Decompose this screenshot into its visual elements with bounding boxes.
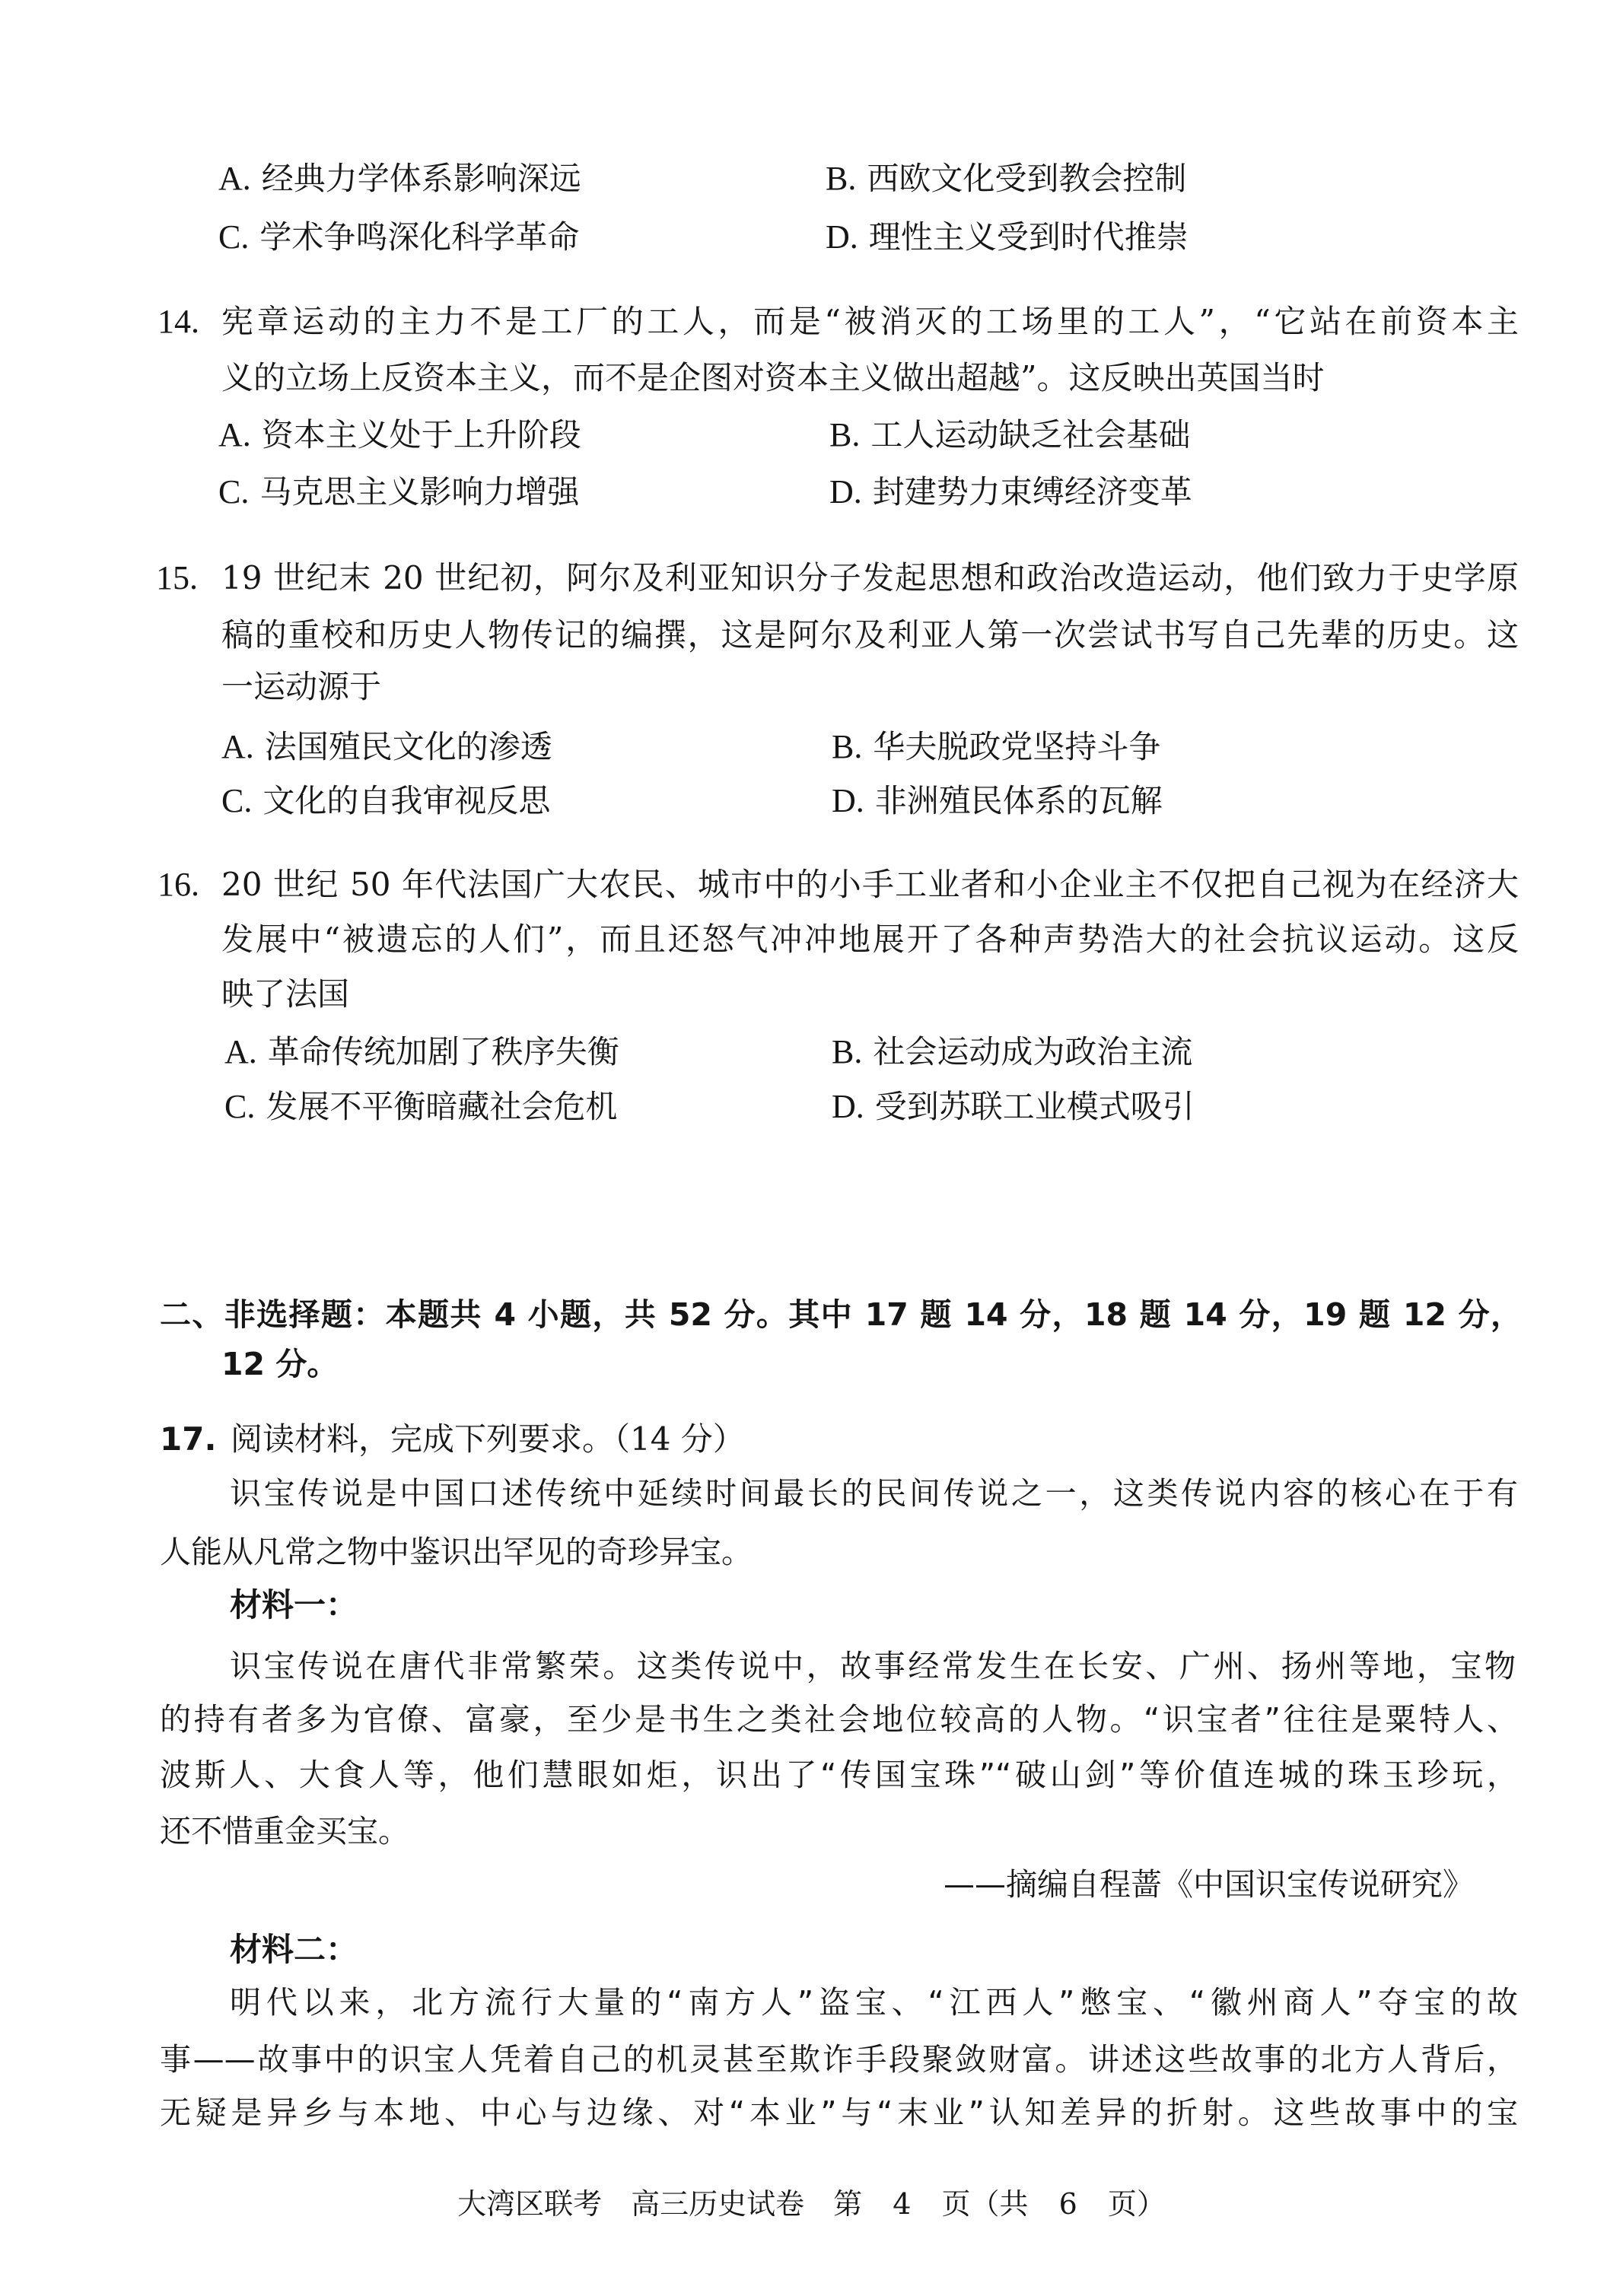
question-prompt: 阅读材料，完成下列要求。（14 分） — [231, 1418, 745, 1461]
option-label: C. — [218, 473, 249, 510]
q15-option-b: B.华夫脱政党坚持斗争 — [832, 726, 1160, 768]
section-heading: 二、非选择题：本题共 4 小题，共 52 分。其中 17 题 14 分，18 题… — [160, 1293, 1522, 1336]
intro-line: 识宝传说是中国口述传统中延续时间最长的民间传说之一，这类传说内容的核心在于有 — [230, 1472, 1518, 1515]
option-text: 非洲殖民体系的瓦解 — [875, 782, 1163, 819]
option-text: 马克思主义影响力增强 — [259, 473, 579, 510]
option-text: 革命传统加剧了秩序失衡 — [268, 1033, 619, 1070]
q13-option-d: D.理性主义受到时代推崇 — [826, 216, 1189, 259]
q15-option-c: C.文化的自我审视反思 — [221, 780, 550, 822]
q13-option-a: A.经典力学体系影响深远 — [218, 157, 581, 200]
material-citation: ——摘编自程蔷《中国识宝传说研究》 — [944, 1863, 1474, 1906]
material-line: 的持有者多为官僚、富豪，至少是书生之类社会地位较高的人物。“识宝者”往往是粟特人… — [160, 1698, 1518, 1741]
option-text: 受到苏联工业模式吸引 — [875, 1088, 1195, 1125]
option-label: B. — [832, 728, 862, 765]
question-stem-line: 19 世纪末 20 世纪初，阿尔及利亚知识分子发起思想和政治改造运动，他们致力于… — [221, 557, 1519, 599]
q14-option-c: C.马克思主义影响力增强 — [218, 471, 579, 514]
option-text: 华夫脱政党坚持斗争 — [873, 728, 1160, 765]
option-label: A. — [218, 416, 251, 453]
option-label: D. — [826, 218, 858, 256]
material-line: 无疑是异乡与本地、中心与边缘、对“本业”与“末业”认知差异的折射。这些故事中的宝 — [160, 2091, 1518, 2134]
material-line: 波斯人、大食人等，他们慧眼如炬，识出了“传国宝珠”“破山剑”等价值连城的珠玉珍玩… — [160, 1754, 1518, 1796]
material-line: 还不惜重金买宝。 — [160, 1810, 409, 1852]
question-stem-line: 映了法国 — [221, 973, 349, 1016]
question-number: 14. — [158, 301, 199, 343]
question-number: 15. — [156, 557, 198, 599]
option-text: 封建势力束缚经济变革 — [873, 473, 1192, 510]
question-stem-line: 稿的重校和历史人物传记的编撰，这是阿尔及利亚人第一次尝试书写自己先辈的历史。这 — [221, 614, 1519, 657]
q16-option-a: A.革命传统加剧了秩序失衡 — [224, 1031, 619, 1073]
question-number: 17. — [160, 1418, 216, 1461]
question-number: 16. — [158, 863, 199, 906]
option-text: 发展不平衡暗藏社会危机 — [266, 1088, 617, 1125]
option-text: 经典力学体系影响深远 — [262, 160, 581, 197]
q14-option-b: B.工人运动缺乏社会基础 — [829, 414, 1190, 456]
option-text: 法国殖民文化的渗透 — [265, 728, 552, 765]
option-label: D. — [832, 782, 864, 819]
material-line: 识宝传说在唐代非常繁荣。这类传说中，故事经常发生在长安、广州、扬州等地，宝物 — [230, 1645, 1516, 1687]
section-heading-cont: 12 分。 — [221, 1343, 338, 1385]
option-label: D. — [829, 473, 862, 510]
material-2-title: 材料二： — [230, 1929, 358, 1971]
q16-option-c: C.发展不平衡暗藏社会危机 — [224, 1086, 617, 1128]
q15-option-a: A.法国殖民文化的渗透 — [221, 726, 552, 768]
option-label: C. — [218, 218, 249, 256]
option-text: 理性主义受到时代推崇 — [869, 218, 1189, 256]
option-label: A. — [218, 160, 251, 197]
page-footer: 大湾区联考 高三历史试卷 第 4 页（共 6 页） — [0, 2185, 1623, 2223]
question-stem-line: 20 世纪 50 年代法国广大农民、城市中的小手工业者和小企业主不仅把自己视为在… — [221, 863, 1519, 906]
option-label: C. — [221, 782, 252, 819]
intro-line: 人能从凡常之物中鉴识出罕见的奇珍异宝。 — [160, 1531, 753, 1573]
option-label: A. — [224, 1033, 257, 1070]
option-text: 学术争鸣深化科学革命 — [259, 218, 579, 256]
q13-option-c: C.学术争鸣深化科学革命 — [218, 216, 579, 259]
option-text: 西欧文化受到教会控制 — [867, 160, 1186, 197]
material-1-title: 材料一： — [230, 1584, 358, 1627]
option-label: A. — [221, 728, 254, 765]
question-stem-line: 发展中“被遗忘的人们”，而且还怒气冲冲地展开了各种声势浩大的社会抗议运动。这反 — [221, 918, 1519, 961]
q16-option-b: B.社会运动成为政治主流 — [832, 1031, 1192, 1073]
option-label: B. — [829, 416, 860, 453]
q14-option-d: D.封建势力束缚经济变革 — [829, 471, 1192, 514]
option-label: D. — [832, 1088, 864, 1125]
option-text: 社会运动成为政治主流 — [873, 1033, 1192, 1070]
option-label: B. — [832, 1033, 862, 1070]
q15-option-d: D.非洲殖民体系的瓦解 — [832, 780, 1163, 822]
question-stem-line: 一运动源于 — [221, 666, 381, 708]
option-label: C. — [224, 1088, 255, 1125]
option-text: 工人运动缺乏社会基础 — [870, 416, 1190, 453]
option-label: B. — [826, 160, 856, 197]
question-stem-line: 宪章运动的主力不是工厂的工人，而是“被消灭的工场里的工人”，“它站在前资本主 — [221, 301, 1519, 343]
q13-option-b: B.西欧文化受到教会控制 — [826, 157, 1186, 200]
question-stem-line: 义的立场上反资本主义，而不是企图对资本主义做出超越”。这反映出英国当时 — [221, 357, 1324, 399]
option-text: 资本主义处于上升阶段 — [262, 416, 581, 453]
material-line: 明代以来，北方流行大量的“南方人”盗宝、“江西人”憋宝、“徽州商人”夺宝的故 — [230, 1981, 1518, 2024]
option-text: 文化的自我审视反思 — [263, 782, 550, 819]
q16-option-d: D.受到苏联工业模式吸引 — [832, 1086, 1195, 1128]
material-line: 事——故事中的识宝人凭着自己的机灵甚至欺诈手段聚敛财富。讲述这些故事的北方人背后… — [160, 2038, 1518, 2081]
q14-option-a: A.资本主义处于上升阶段 — [218, 414, 581, 456]
